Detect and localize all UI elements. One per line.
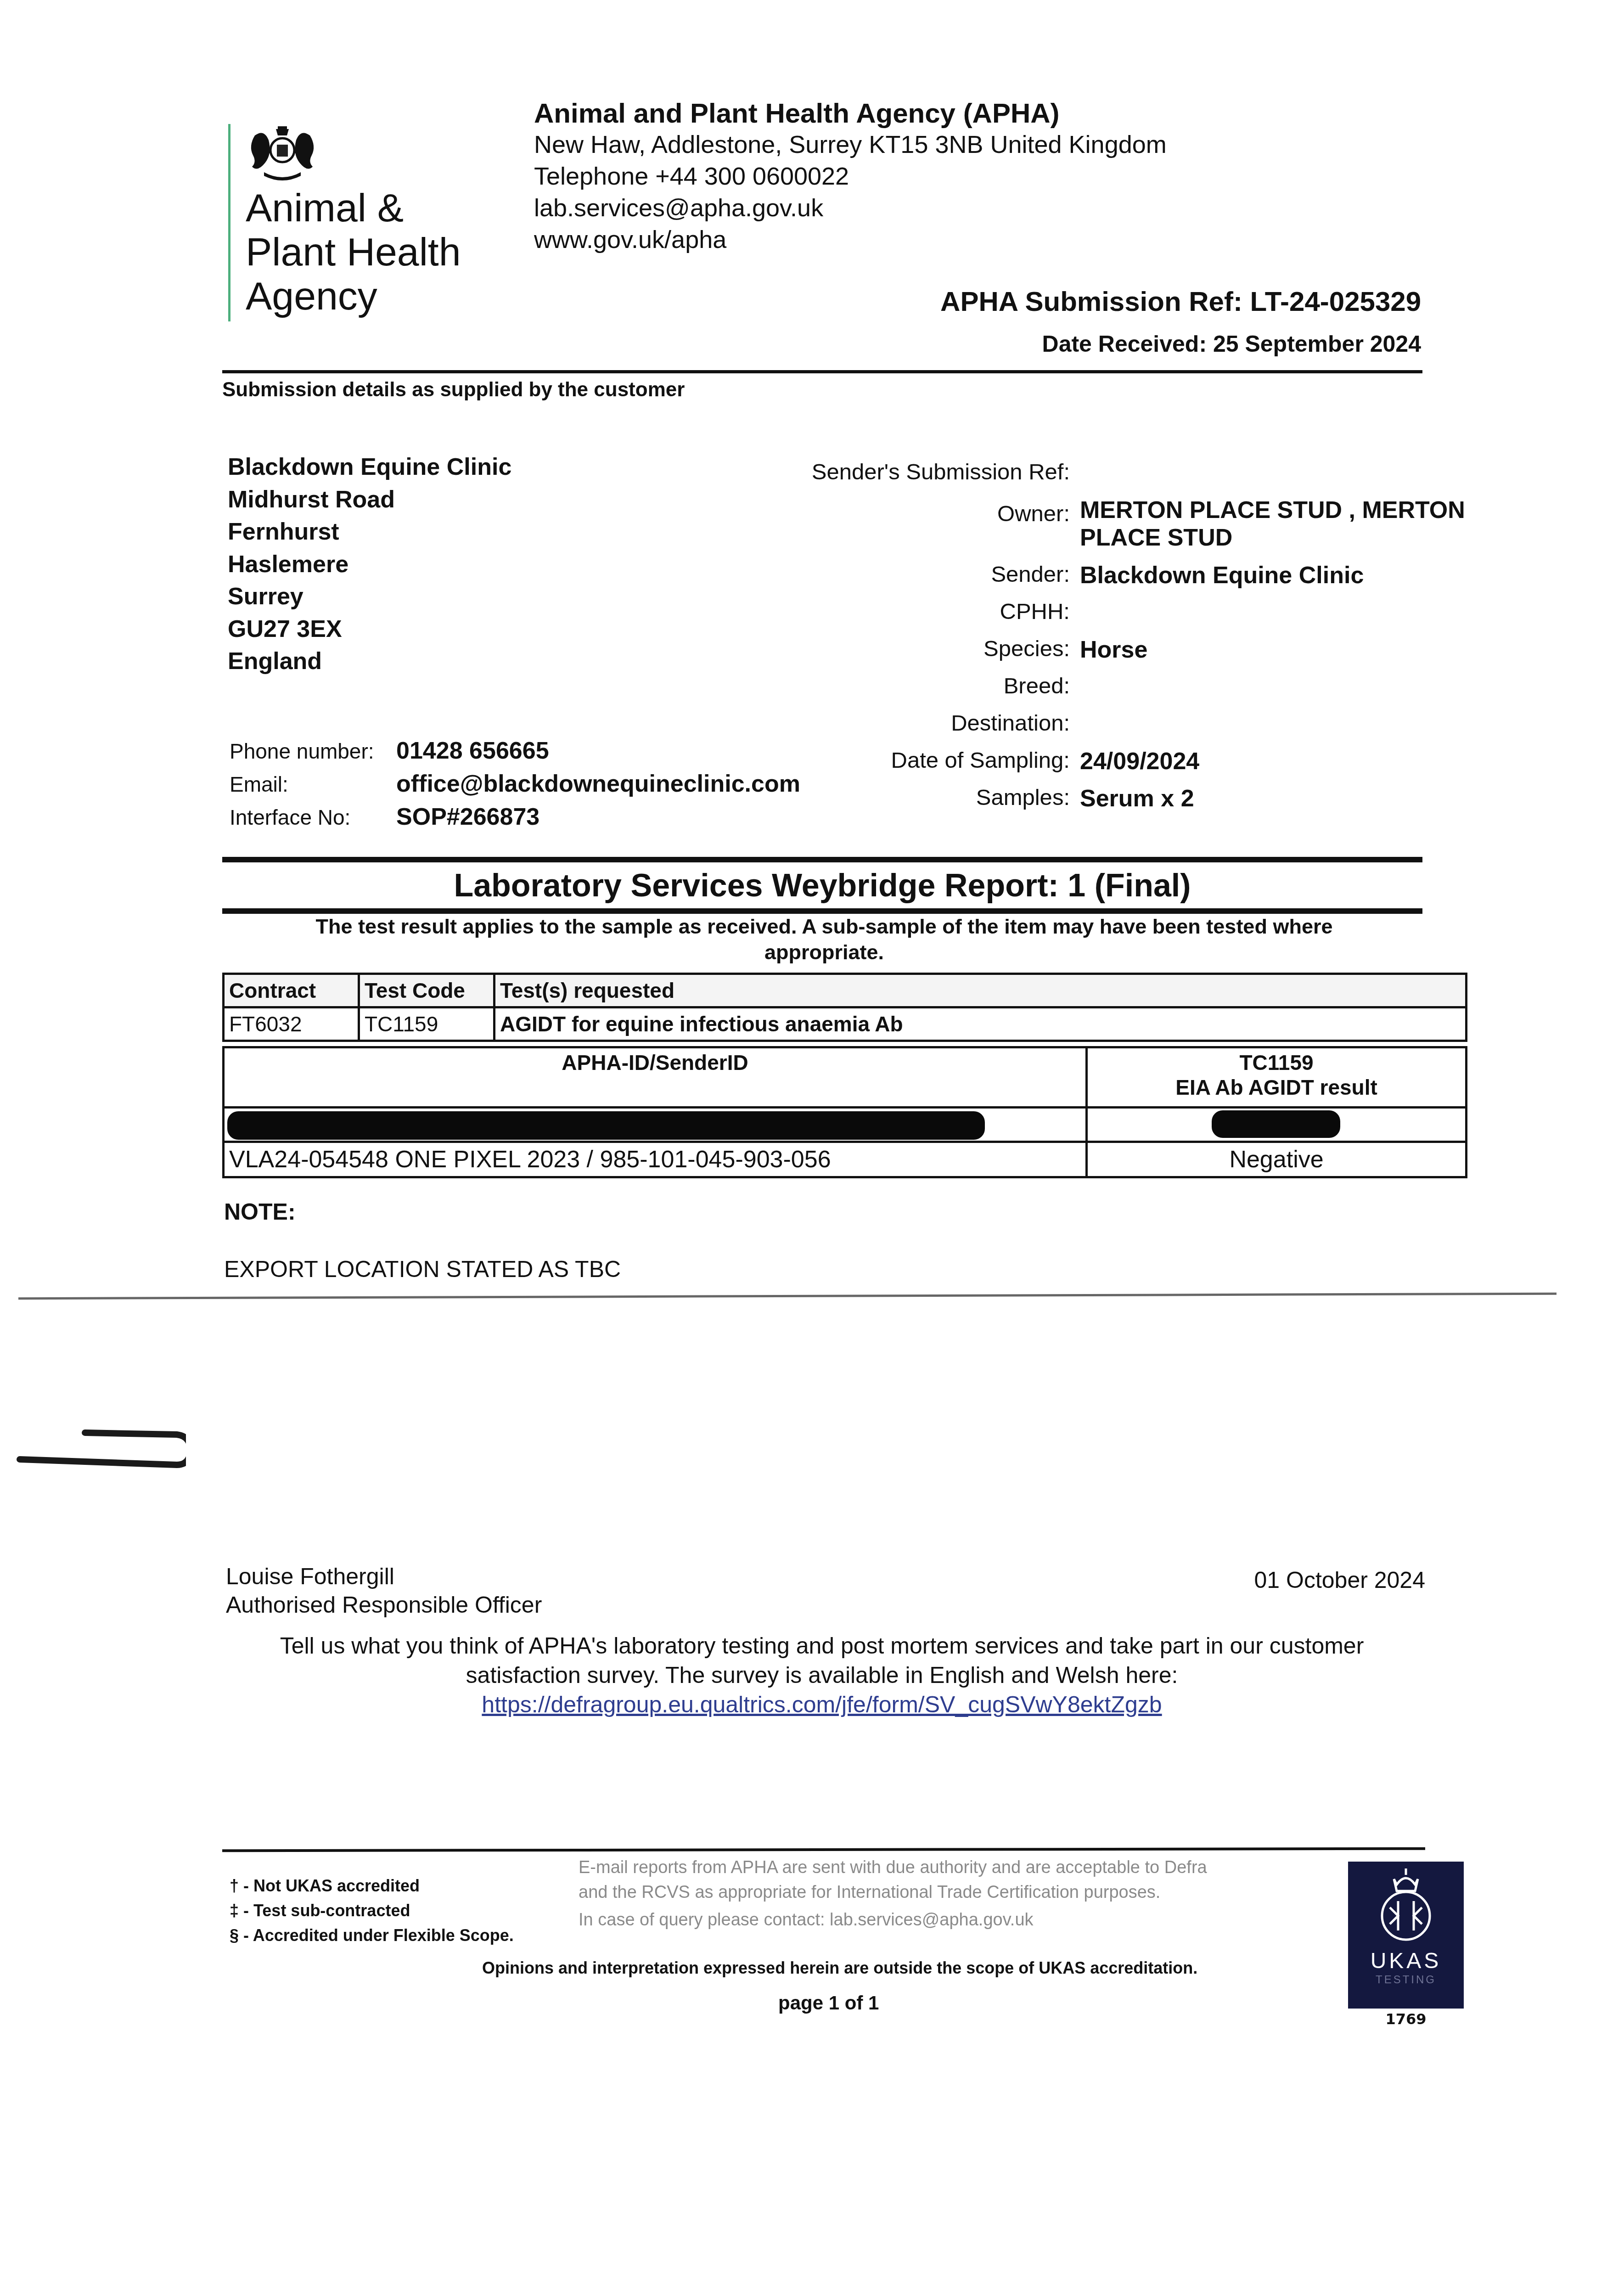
detail-row: Sender:Blackdown Equine Clinic: [735, 562, 1478, 599]
tests-table: Contract Test Code Test(s) requested FT6…: [222, 973, 1467, 1042]
legend-item: † - Not UKAS accredited: [230, 1874, 514, 1898]
ukas-logo: UKAS TESTING: [1348, 1862, 1464, 2009]
note-text: EXPORT LOCATION STATED AS TBC: [224, 1256, 621, 1283]
redaction-mark: [227, 1111, 985, 1140]
result-cell: Negative: [1087, 1142, 1467, 1177]
detail-label: Species:: [735, 636, 1080, 662]
column-header: Test(s) requested: [495, 974, 1467, 1007]
divider: [222, 908, 1422, 914]
organisation-website[interactable]: www.gov.uk/apha: [534, 224, 1167, 256]
survey-invitation: Tell us what you think of APHA's laborat…: [239, 1631, 1405, 1719]
ukas-name: UKAS: [1348, 1948, 1464, 1974]
phone-label: Phone number:: [230, 735, 396, 768]
detail-value: MERTON PLACE STUD , MERTON PLACE STUD: [1080, 496, 1478, 551]
detail-value: Serum x 2: [1080, 785, 1478, 812]
logo-line: Animal &: [246, 186, 461, 230]
opinions-note: Opinions and interpretation expressed he…: [482, 1958, 1197, 1978]
detail-label: Destination:: [735, 710, 1080, 736]
report-disclaimer: The test result applies to the sample as…: [257, 914, 1391, 965]
ukas-accreditation-number: 1769: [1348, 2010, 1464, 2028]
logo-line: Plant Health: [246, 230, 461, 274]
address-line: Fernhurst: [228, 516, 511, 548]
legend-item: ‡ - Test sub-contracted: [230, 1898, 514, 1923]
signatory-role: Authorised Responsible Officer: [226, 1591, 542, 1619]
interface-value: SOP#266873: [396, 804, 539, 830]
result-header-name: EIA Ab AGIDT result: [1092, 1075, 1461, 1100]
detail-label: CPHH:: [735, 599, 1080, 625]
results-table: APHA-ID/SenderID TC1159 EIA Ab AGIDT res…: [222, 1046, 1467, 1178]
ukas-sub: TESTING: [1348, 1974, 1464, 1986]
redacted-cell: [1087, 1108, 1467, 1142]
detail-row: Owner:MERTON PLACE STUD , MERTON PLACE S…: [735, 496, 1478, 562]
detail-label: Date of Sampling:: [735, 748, 1080, 773]
detail-value: Horse: [1080, 636, 1478, 664]
organisation-telephone: Telephone +44 300 0600022: [534, 161, 1167, 192]
divider: [222, 370, 1422, 373]
submission-ref: APHA Submission Ref: LT-24-025329: [940, 286, 1421, 317]
address-line: Surrey: [228, 580, 511, 613]
redacted-row: [224, 1108, 1467, 1142]
submission-caption: Submission details as supplied by the cu…: [222, 378, 685, 401]
divider: [222, 857, 1422, 862]
sample-id-cell: VLA24-054548 ONE PIXEL 2023 / 985-101-04…: [224, 1142, 1087, 1177]
detail-label: Breed:: [735, 673, 1080, 699]
legend-item: § - Accredited under Flexible Scope.: [230, 1923, 514, 1948]
table-row: VLA24-054548 ONE PIXEL 2023 / 985-101-04…: [224, 1142, 1467, 1177]
organisation-contact: Animal and Plant Health Agency (APHA) Ne…: [534, 97, 1167, 256]
detail-row: Date of Sampling:24/09/2024: [735, 748, 1478, 785]
logo-line: Agency: [246, 274, 461, 318]
redaction-mark: [1212, 1110, 1340, 1138]
submission-details: Sender's Submission Ref: Owner:MERTON PL…: [735, 459, 1478, 822]
accreditation-legend: † - Not UKAS accredited ‡ - Test sub-con…: [230, 1874, 514, 1948]
interface-label: Interface No:: [230, 801, 396, 834]
date-received: Date Received: 25 September 2024: [1042, 331, 1421, 357]
report-title: Laboratory Services Weybridge Report: 1 …: [222, 867, 1422, 904]
divider: [222, 1847, 1425, 1852]
test-requested-cell: AGIDT for equine infectious anaemia Ab: [495, 1007, 1467, 1041]
detail-row: CPHH:: [735, 599, 1478, 636]
detail-row: Species:Horse: [735, 636, 1478, 673]
signatory: Louise Fothergill Authorised Responsible…: [226, 1562, 542, 1619]
organisation-email[interactable]: lab.services@apha.gov.uk: [534, 192, 1167, 224]
scan-fold-line: [18, 1293, 1557, 1300]
address-line: Blackdown Equine Clinic: [228, 451, 511, 484]
report-date: 01 October 2024: [1254, 1567, 1426, 1593]
royal-crest-icon: [246, 122, 319, 184]
page-number: page 1 of 1: [778, 1992, 879, 2014]
id-column-header: APHA-ID/SenderID: [224, 1047, 1087, 1108]
redacted-cell: [224, 1108, 1087, 1142]
signatory-name: Louise Fothergill: [226, 1562, 542, 1591]
detail-label: Owner:: [735, 496, 1080, 527]
email-authority-note: E-mail reports from APHA are sent with d…: [579, 1855, 1231, 1932]
email-note-text: E-mail reports from APHA are sent with d…: [579, 1855, 1231, 1905]
survey-link[interactable]: https://defragroup.eu.qualtrics.com/jfe/…: [482, 1692, 1162, 1717]
detail-row: Samples:Serum x 2: [735, 785, 1478, 822]
address-line: Midhurst Road: [228, 484, 511, 516]
address-line: GU27 3EX: [228, 613, 511, 646]
result-column-header: TC1159 EIA Ab AGIDT result: [1087, 1047, 1467, 1108]
detail-row: Sender's Submission Ref:: [735, 459, 1478, 496]
logo-accent-rule: [228, 124, 230, 321]
detail-value: 24/09/2024: [1080, 748, 1478, 775]
column-header: Contract: [224, 974, 359, 1007]
detail-label: Samples:: [735, 785, 1080, 810]
phone-value: 01428 656665: [396, 737, 549, 764]
detail-label: Sender:: [735, 562, 1080, 587]
organisation-address: New Haw, Addlestone, Surrey KT15 3NB Uni…: [534, 129, 1167, 161]
staple-mark-icon: [16, 1419, 186, 1474]
email-label: Email:: [230, 768, 396, 801]
query-contact: In case of query please contact: lab.ser…: [579, 1908, 1231, 1932]
note-label: NOTE:: [224, 1199, 296, 1225]
survey-text: Tell us what you think of APHA's laborat…: [239, 1631, 1405, 1690]
table-header-row: APHA-ID/SenderID TC1159 EIA Ab AGIDT res…: [224, 1047, 1467, 1108]
contract-cell: FT6032: [224, 1007, 359, 1041]
organisation-name: Animal and Plant Health Agency (APHA): [534, 97, 1167, 129]
column-header: Test Code: [359, 974, 495, 1007]
agency-logo-text: Animal & Plant Health Agency: [246, 186, 461, 318]
table-header-row: Contract Test Code Test(s) requested: [224, 974, 1467, 1007]
address-line: Haslemere: [228, 548, 511, 581]
table-row: FT6032 TC1159 AGIDT for equine infectiou…: [224, 1007, 1467, 1041]
customer-contact: Phone number:01428 656665 Email:office@b…: [230, 735, 800, 834]
detail-row: Breed:: [735, 673, 1478, 710]
detail-label: Sender's Submission Ref:: [735, 459, 1080, 485]
customer-address: Blackdown Equine Clinic Midhurst Road Fe…: [228, 451, 511, 678]
test-code-cell: TC1159: [359, 1007, 495, 1041]
address-line: England: [228, 645, 511, 678]
detail-value: Blackdown Equine Clinic: [1080, 562, 1478, 589]
detail-row: Destination:: [735, 710, 1478, 748]
result-header-code: TC1159: [1092, 1050, 1461, 1075]
ukas-crown-icon: [1371, 1866, 1440, 1944]
